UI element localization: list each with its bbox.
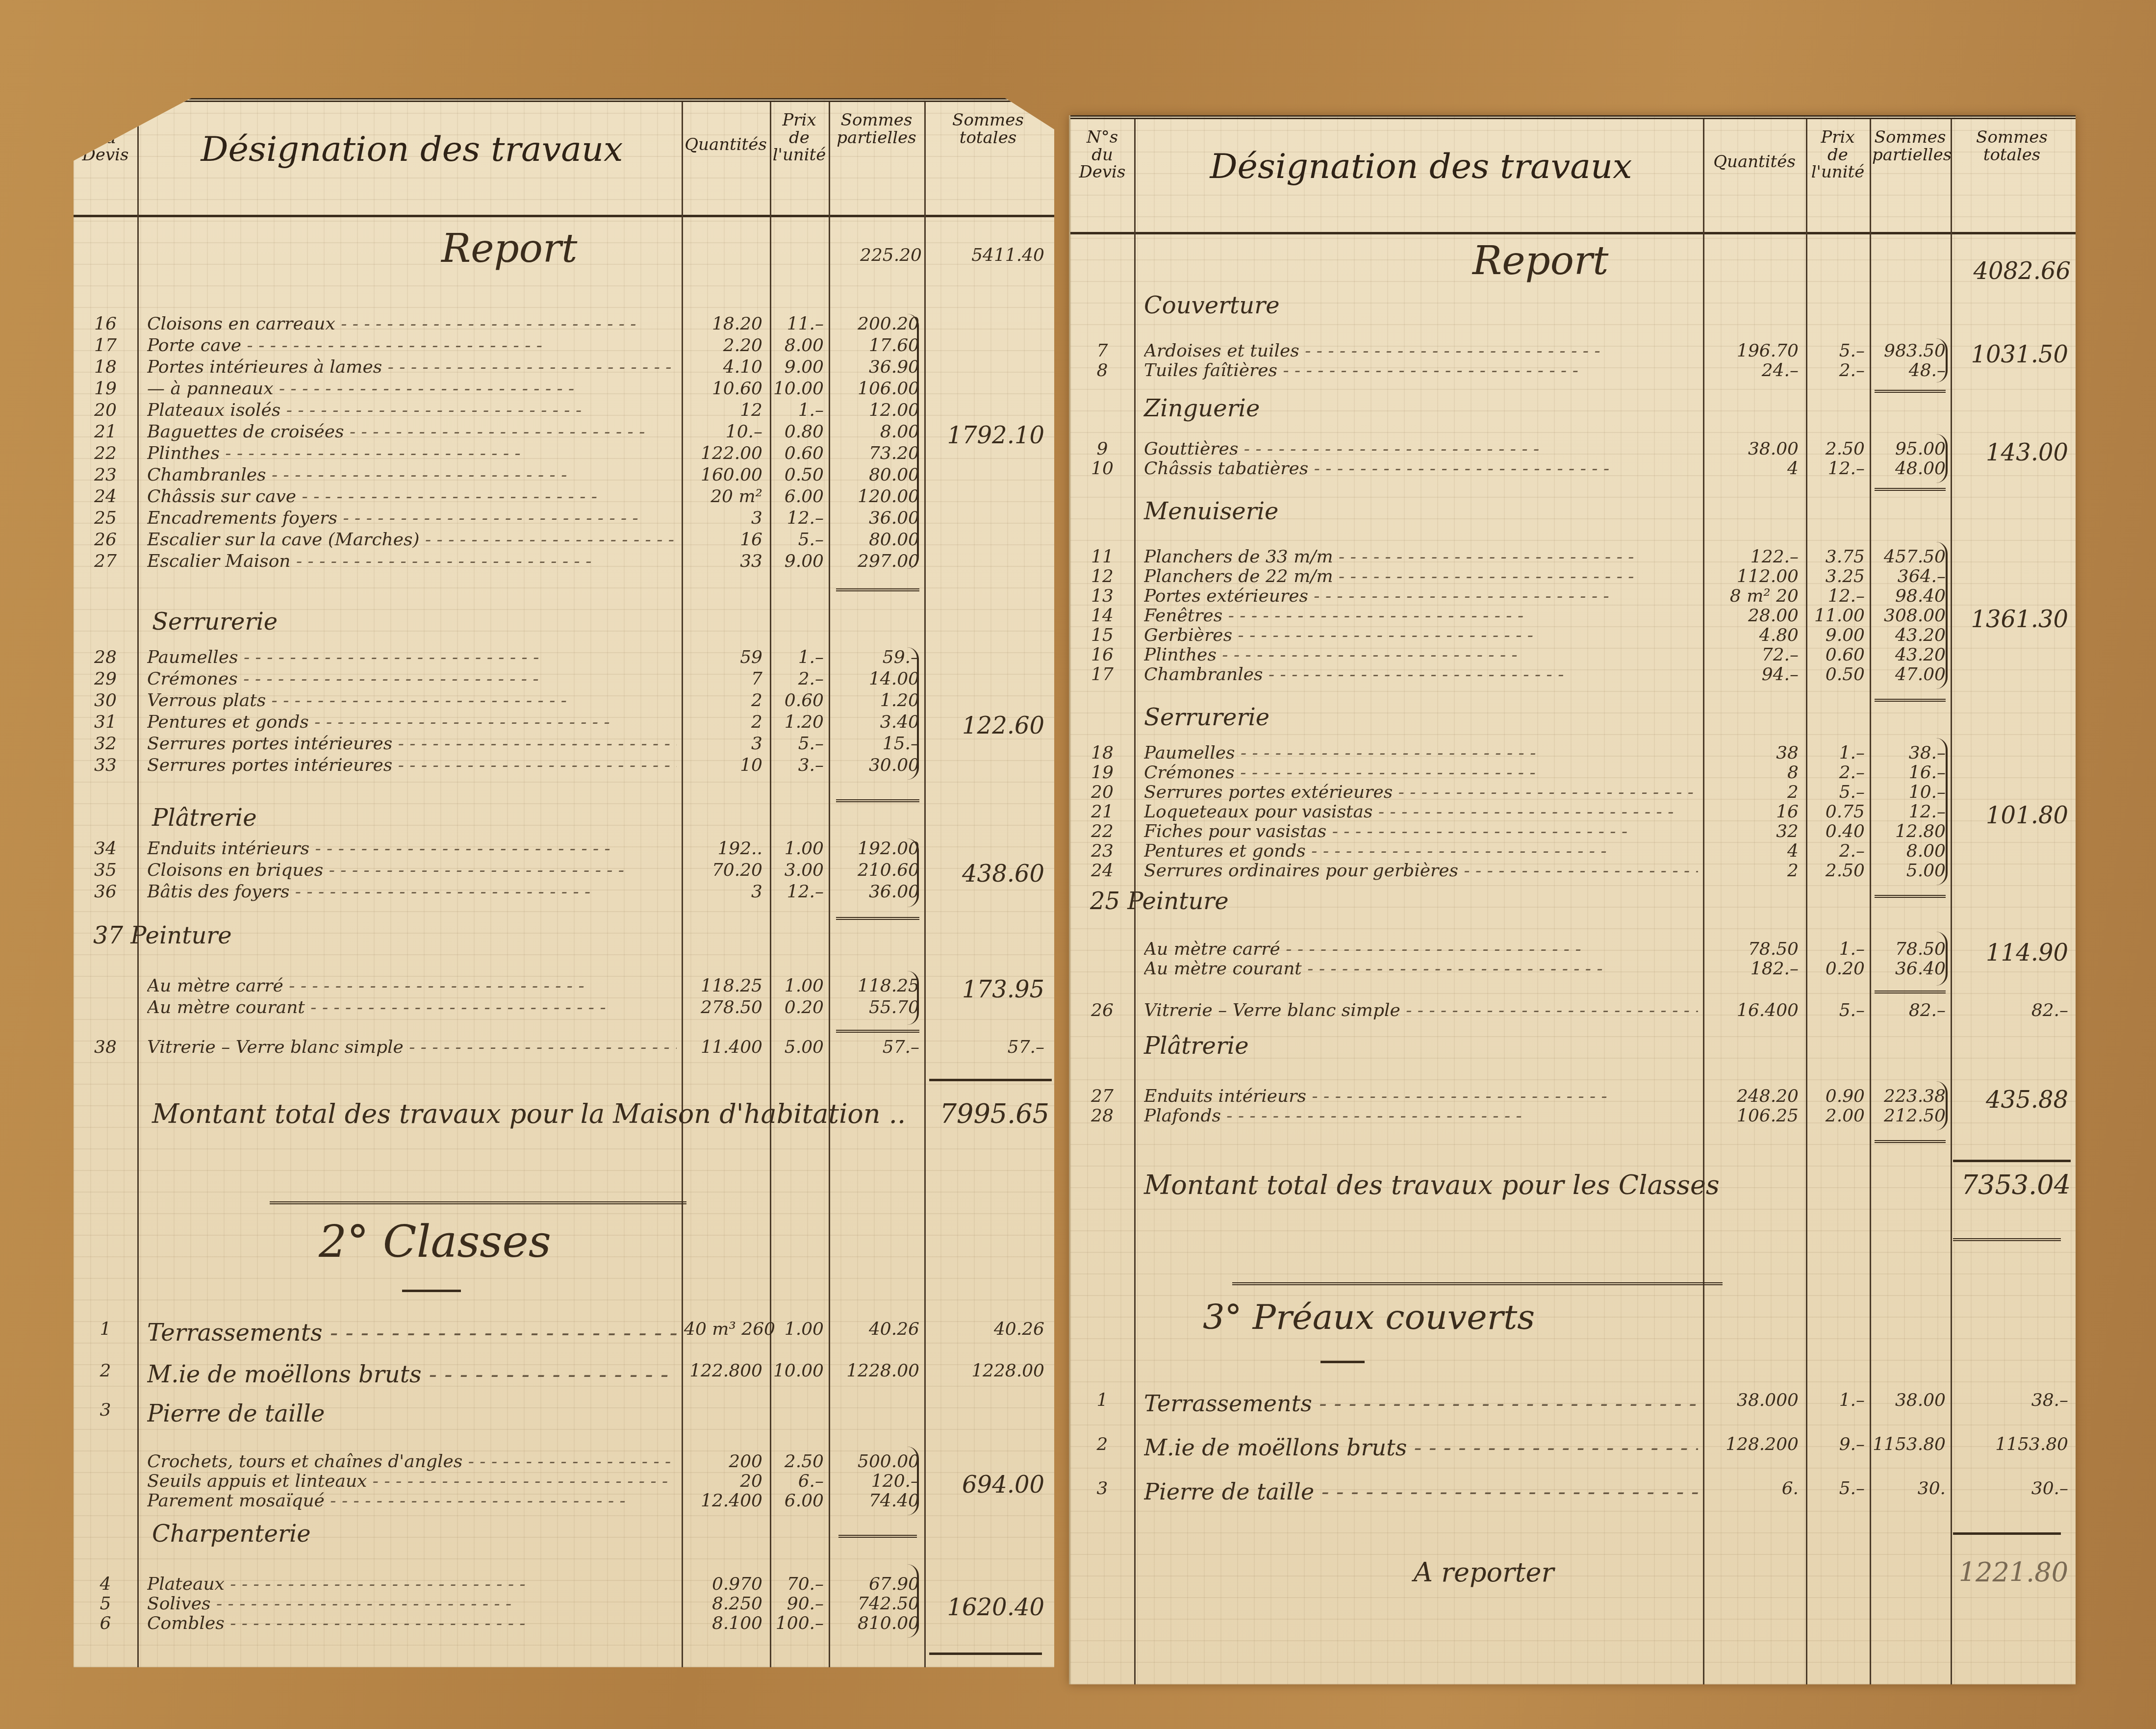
- item-number: 31: [74, 712, 137, 732]
- quantity-cell: 8.100: [684, 1613, 762, 1633]
- section-classes-title: 2° Classes: [319, 1216, 551, 1268]
- unit-price-cell: 1.00: [772, 1319, 824, 1339]
- unit-price-cell: 1.20: [772, 712, 824, 732]
- item-description: Gouttières: [1144, 439, 1698, 459]
- partial-sum-cell: 364.–: [1872, 566, 1946, 586]
- partial-sum-cell: 12.00: [831, 400, 919, 420]
- total-classes-label: Montant total des travaux pour les Class…: [1144, 1170, 1720, 1200]
- item-number: 33: [74, 755, 137, 775]
- partial-sum-cell: 742.50: [831, 1594, 919, 1614]
- item-description: Fiches pour vasistas: [1144, 821, 1698, 841]
- partial-sum-cell: 212.50: [1872, 1106, 1946, 1126]
- partial-sum-cell: 5.00: [1872, 861, 1946, 881]
- quantity-cell: 192..: [684, 839, 762, 859]
- item-description: Au mètre carré: [1144, 939, 1698, 959]
- item-number: 9: [1070, 439, 1134, 459]
- item-description: Gerbières: [1144, 625, 1698, 645]
- quantity-cell: 122.–: [1705, 547, 1799, 567]
- item-description: Fenêtres: [1144, 606, 1698, 626]
- unit-price-cell: 5.–: [1808, 782, 1865, 802]
- quantity-cell: 2: [684, 690, 762, 711]
- quantity-cell: 278.50: [684, 997, 762, 1017]
- item-number: 3: [1070, 1478, 1134, 1499]
- item-description: Tuiles faîtières: [1144, 360, 1698, 381]
- quantity-cell: 4.80: [1705, 625, 1799, 645]
- item-description: Plafonds: [1144, 1106, 1698, 1126]
- partial-sum-cell: 36.40: [1872, 959, 1946, 979]
- unit-price-cell: 0.90: [1808, 1086, 1865, 1106]
- item-description: Crémones: [147, 669, 677, 689]
- partial-sum-cell: 30.: [1872, 1478, 1946, 1499]
- item-description: Pentures et gonds: [147, 712, 677, 732]
- ledger-row: 12 Planchers de 22 m/m 112.00 3.25 364.–: [1070, 566, 2076, 588]
- item-description: Plateaux: [147, 1574, 677, 1594]
- quantity-cell: 3: [684, 882, 762, 902]
- quantity-cell: 11.400: [684, 1037, 762, 1057]
- unit-price-cell: 2.–: [1808, 841, 1865, 861]
- item-description: Planchers de 22 m/m: [1144, 566, 1698, 586]
- unit-price-cell: 6.–: [772, 1471, 824, 1491]
- item-description: Portes intérieures à lames: [147, 357, 677, 377]
- quantity-cell: 3: [684, 508, 762, 528]
- item-description: Escalier Maison: [147, 551, 677, 571]
- item-number: 2: [74, 1361, 137, 1381]
- partial-sum-cell: 80.00: [831, 530, 919, 550]
- item-description: Vitrerie – Verre blanc simple: [1144, 1000, 1698, 1020]
- ledger-row: 14 Fenêtres 28.00 11.00 308.00 1361.30: [1070, 606, 2076, 627]
- item-number: 29: [74, 669, 137, 689]
- partial-sum-cell: 48.00: [1872, 458, 1946, 479]
- quantity-cell: 16: [1705, 802, 1799, 822]
- item-number: 14: [1070, 606, 1134, 626]
- unit-price-cell: 11.00: [1808, 606, 1865, 626]
- header-partielles: Sommes partielles: [831, 112, 922, 147]
- unit-price-cell: 5.–: [1808, 1000, 1865, 1020]
- quantity-cell: 122.800: [684, 1361, 762, 1381]
- quantity-cell: 0.970: [684, 1574, 762, 1594]
- item-description: Baguettes de croisées: [147, 422, 677, 442]
- quantity-cell: 94.–: [1705, 664, 1799, 685]
- unit-price-cell: 3.00: [772, 860, 824, 880]
- partial-sum-cell: 200.20: [831, 314, 919, 334]
- unit-price-cell: 0.80: [772, 422, 824, 442]
- quantity-cell: 16: [684, 530, 762, 550]
- unit-price-cell: 12.–: [1808, 586, 1865, 606]
- item-description: Enduits intérieurs: [147, 839, 677, 859]
- quantity-cell: 16.400: [1705, 1000, 1799, 1020]
- partial-sum-cell: 73.20: [831, 443, 919, 463]
- unit-price-cell: 2.00: [1808, 1106, 1865, 1126]
- item-number: 7: [1070, 341, 1134, 361]
- quantity-cell: 2: [1705, 782, 1799, 802]
- total-sum-cell: 30.–: [1953, 1478, 2068, 1499]
- unit-price-cell: 3.–: [772, 755, 824, 775]
- unit-price-cell: 12.–: [772, 882, 824, 902]
- quantity-cell: 38.00: [1705, 439, 1799, 459]
- ledger-row: 23 Pentures et gonds 4 2.– 8.00: [1070, 841, 2076, 863]
- item-description: Porte cave: [147, 335, 677, 356]
- partial-sum-cell: 36.00: [831, 508, 919, 528]
- ledger-row: 28 Plafonds 106.25 2.00 212.50: [1070, 1106, 2076, 1127]
- quantity-cell: 4: [1705, 841, 1799, 861]
- unit-price-cell: 5.–: [1808, 1478, 1865, 1499]
- item-number: 22: [1070, 821, 1134, 841]
- partial-sum-cell: 223.38: [1872, 1086, 1946, 1106]
- quantity-cell: 40 m³ 260: [684, 1319, 762, 1339]
- ledger-row: 7 Ardoises et tuiles 196.70 5.– 983.50 1…: [1070, 341, 2076, 362]
- header-designation: Désignation des travaux: [147, 131, 677, 168]
- partial-sum-cell: 457.50: [1872, 547, 1946, 567]
- quantity-cell: 128.200: [1705, 1434, 1799, 1454]
- total-sum-cell: 82.–: [1953, 1000, 2068, 1020]
- quantity-cell: 59: [684, 647, 762, 667]
- unit-price-cell: 6.00: [772, 1491, 824, 1511]
- quantity-cell: 33: [684, 551, 762, 571]
- total-sum-cell: 40.26: [927, 1319, 1044, 1339]
- item-number: 15: [1070, 625, 1134, 645]
- partial-sum-cell: 983.50: [1872, 341, 1946, 361]
- quantity-cell: 20: [684, 1471, 762, 1491]
- item-number: 20: [74, 400, 137, 420]
- item-number: 30: [74, 690, 137, 711]
- partial-sum-cell: 80.00: [831, 465, 919, 485]
- item-number: 25: [74, 508, 137, 528]
- total-sum-cell: 1228.00: [927, 1361, 1044, 1381]
- quantity-cell: 7: [684, 669, 762, 689]
- unit-price-cell: 1.–: [772, 647, 824, 667]
- ledger-row: 22 Fiches pour vasistas 32 0.40 12.80: [1070, 821, 2076, 843]
- quantity-cell: 10.–: [684, 422, 762, 442]
- item-number: 3: [74, 1400, 137, 1420]
- a-reporter-value: 4082.66: [929, 1677, 1047, 1708]
- quantity-cell: 200: [684, 1451, 762, 1472]
- unit-price-cell: 0.20: [1808, 959, 1865, 979]
- partial-sum-cell: 15.–: [831, 734, 919, 754]
- a-reporter-label: A reporter: [1414, 1557, 1554, 1588]
- partial-sum-cell: 12.80: [1872, 821, 1946, 841]
- a-reporter-label: A reporter: [417, 1677, 557, 1708]
- partial-sum-cell: 43.20: [1872, 645, 1946, 665]
- ledger-row: 2 M.ie de moëllons bruts 128.200 9.– 115…: [1070, 1434, 2076, 1456]
- partial-sum-cell: 57.–: [831, 1037, 919, 1057]
- item-number: 4: [74, 1574, 137, 1594]
- item-number: 36: [74, 882, 137, 902]
- quantity-cell: 10.60: [684, 379, 762, 399]
- total-maison-value: 7995.65: [929, 1098, 1049, 1129]
- quantity-cell: 3: [684, 734, 762, 754]
- unit-price-cell: 2.–: [1808, 763, 1865, 783]
- total-sum-cell: 1153.80: [1953, 1434, 2068, 1454]
- ledger-row: 16 Plinthes 72.– 0.60 43.20: [1070, 645, 2076, 666]
- quantity-cell: 160.00: [684, 465, 762, 485]
- item-description: Solives: [147, 1594, 677, 1614]
- unit-price-cell: 5.–: [1808, 341, 1865, 361]
- item-description: Au mètre courant: [147, 997, 677, 1017]
- partial-sum-cell: 82.–: [1872, 1000, 1946, 1020]
- quantity-cell: 4: [1705, 458, 1799, 479]
- unit-price-cell: 0.75: [1808, 802, 1865, 822]
- unit-price-cell: 8.00: [772, 335, 824, 356]
- header-designation: Désignation des travaux: [1144, 149, 1698, 185]
- partial-sum-cell: 55.70: [831, 997, 919, 1017]
- item-number: 24: [74, 486, 137, 507]
- header-totales: Sommes totales: [1953, 129, 2071, 164]
- ledger-row: 2 M.ie de moëllons bruts 122.800 10.00 1…: [74, 1361, 1054, 1382]
- unit-price-cell: 1.–: [1808, 939, 1865, 959]
- report-total: 5411.40: [927, 245, 1044, 265]
- item-description: Escalier sur la cave (Marches): [147, 530, 677, 550]
- item-description: Bâtis des foyers: [147, 882, 677, 902]
- quantity-cell: 4.10: [684, 357, 762, 377]
- partial-sum-cell: 308.00: [1872, 606, 1946, 626]
- total-sum-cell: 38.–: [1953, 1390, 2068, 1410]
- item-description: Enduits intérieurs: [1144, 1086, 1698, 1106]
- ledger-row: 8 Tuiles faîtières 24.– 2.– 48.–: [1070, 360, 2076, 382]
- partial-sum-cell: 74.40: [831, 1491, 919, 1511]
- ledger-row: 15 Gerbières 4.80 9.00 43.20: [1070, 625, 2076, 647]
- partial-sum-cell: 12.–: [1872, 802, 1946, 822]
- section-title: Plâtrerie: [1144, 1032, 1249, 1060]
- item-number: 21: [1070, 802, 1134, 822]
- ledger-row: 3 Pierre de taille: [74, 1400, 1054, 1422]
- partial-sum-cell: 40.26: [831, 1319, 919, 1339]
- item-description: Paumelles: [1144, 743, 1698, 763]
- section-title: Zinguerie: [1144, 395, 1260, 422]
- quantity-cell: 70.20: [684, 860, 762, 880]
- item-description: M.ie de moëllons bruts: [147, 1361, 677, 1388]
- item-number: 5: [74, 1594, 137, 1614]
- item-number: 27: [74, 551, 137, 571]
- item-number: 18: [74, 357, 137, 377]
- quantity-cell: 12: [684, 400, 762, 420]
- ledger-row: 9 Gouttières 38.00 2.50 95.00 143.00: [1070, 439, 2076, 460]
- quantity-cell: 8.250: [684, 1594, 762, 1614]
- unit-price-cell: 9.00: [772, 357, 824, 377]
- item-number: 16: [1070, 645, 1134, 665]
- item-number: 17: [1070, 664, 1134, 685]
- partial-sum-cell: 59.–: [831, 647, 919, 667]
- item-description: Crémones: [1144, 763, 1698, 783]
- partial-sum-cell: 118.25: [831, 976, 919, 996]
- item-number: 23: [1070, 841, 1134, 861]
- item-number: 11: [1070, 547, 1134, 567]
- report-total: 4082.66: [1953, 257, 2071, 285]
- unit-price-cell: 6.00: [772, 486, 824, 507]
- quantity-cell: 112.00: [1705, 566, 1799, 586]
- item-number: 34: [74, 839, 137, 859]
- quantity-cell: 118.25: [684, 976, 762, 996]
- item-number: 18: [1070, 743, 1134, 763]
- unit-price-cell: 90.–: [772, 1594, 824, 1614]
- item-number: 28: [1070, 1106, 1134, 1126]
- item-number: 20: [1070, 782, 1134, 802]
- unit-price-cell: 5.–: [772, 530, 824, 550]
- partial-sum-cell: 1153.80: [1872, 1434, 1946, 1454]
- item-description: Pierre de taille: [1144, 1478, 1698, 1505]
- item-description: Paumelles: [147, 647, 677, 667]
- partial-sum-cell: 16.–: [1872, 763, 1946, 783]
- unit-price-cell: 10.00: [772, 379, 824, 399]
- unit-price-cell: 0.60: [1808, 645, 1865, 665]
- partial-sum-cell: 30.00: [831, 755, 919, 775]
- item-description: Au mètre courant: [1144, 959, 1698, 979]
- unit-price-cell: 0.50: [1808, 664, 1865, 685]
- partial-sum-cell: 38.00: [1872, 1390, 1946, 1410]
- unit-price-cell: 11.–: [772, 314, 824, 334]
- item-description: Vitrerie – Verre blanc simple: [147, 1037, 677, 1057]
- partial-sum-cell: 38.–: [1872, 743, 1946, 763]
- partial-sum-cell: 8.00: [831, 422, 919, 442]
- unit-price-cell: 0.60: [772, 690, 824, 711]
- item-description: Serrures portes extérieures: [1144, 782, 1698, 802]
- item-number: 23: [74, 465, 137, 485]
- unit-price-cell: 2.50: [1808, 439, 1865, 459]
- item-description: Cloisons en briques: [147, 860, 677, 880]
- partial-sum-cell: 3.40: [831, 712, 919, 732]
- item-description: Plinthes: [1144, 645, 1698, 665]
- item-description: Planchers de 33 m/m: [1144, 547, 1698, 567]
- quantity-cell: 78.50: [1705, 939, 1799, 959]
- partial-sum-cell: 36.00: [831, 882, 919, 902]
- item-description: Seuils appuis et linteaux: [147, 1471, 677, 1491]
- unit-price-cell: 0.50: [772, 465, 824, 485]
- section-title: Menuiserie: [1144, 498, 1278, 525]
- item-number: 26: [74, 530, 137, 550]
- item-number: 38: [74, 1037, 137, 1057]
- ledger-row: 27 Enduits intérieurs 248.20 0.90 223.38…: [1070, 1086, 2076, 1108]
- item-description: Au mètre carré: [147, 976, 677, 996]
- ledger-row: 21 Loqueteaux pour vasistas 16 0.75 12.–…: [1070, 802, 2076, 823]
- partial-sum-cell: 297.00: [831, 551, 919, 571]
- partial-sum-cell: 106.00: [831, 379, 919, 399]
- partial-sum-cell: 210.60: [831, 860, 919, 880]
- item-number: 10: [1070, 458, 1134, 479]
- partial-sum-cell: 500.00: [831, 1451, 919, 1472]
- item-number: 28: [74, 647, 137, 667]
- column-header: N°s du Devis Désignation des travaux Qua…: [1070, 115, 2076, 234]
- item-description: Encadrements foyers: [147, 508, 677, 528]
- item-number: 21: [74, 422, 137, 442]
- item-description: Terrassements: [1144, 1390, 1698, 1417]
- unit-price-cell: 0.60: [772, 443, 824, 463]
- header-totales: Sommes totales: [927, 112, 1049, 147]
- unit-price-cell: 1.00: [772, 976, 824, 996]
- unit-price-cell: 12.–: [1808, 458, 1865, 479]
- item-description: Châssis sur cave: [147, 486, 677, 507]
- item-number: 12: [1070, 566, 1134, 586]
- unit-price-cell: 9.–: [1808, 1434, 1865, 1454]
- partial-sum-cell: 1.20: [831, 690, 919, 711]
- item-description: Chambranles: [147, 465, 677, 485]
- quantity-cell: 72.–: [1705, 645, 1799, 665]
- partial-sum-cell: 1228.00: [831, 1361, 919, 1381]
- quantity-cell: 18.20: [684, 314, 762, 334]
- item-description: Plateaux isolés: [147, 400, 677, 420]
- unit-price-cell: 3.75: [1808, 547, 1865, 567]
- partial-sum-cell: 98.40: [1872, 586, 1946, 606]
- item-description: Ardoises et tuiles: [1144, 341, 1698, 361]
- quantity-cell: 28.00: [1705, 606, 1799, 626]
- partial-sum-cell: 120.–: [831, 1471, 919, 1491]
- unit-price-cell: 5.–: [772, 734, 824, 754]
- section-title: Couverture: [1144, 292, 1280, 319]
- item-description: Serrures portes intérieures: [147, 755, 677, 775]
- total-classes-value: 7353.04: [1953, 1170, 2071, 1200]
- unit-price-cell: 9.00: [772, 551, 824, 571]
- item-description: Loqueteaux pour vasistas: [1144, 802, 1698, 822]
- ledger-row: 26 Vitrerie – Verre blanc simple 16.400 …: [1070, 1000, 2076, 1022]
- ledger-row: 11 Planchers de 33 m/m 122.– 3.75 457.50: [1070, 547, 2076, 568]
- partial-sum-cell: 8.00: [1872, 841, 1946, 861]
- ledger-row: 3 Pierre de taille 6. 5.– 30. 30.–: [1070, 1478, 2076, 1500]
- header-no: N°s du Devis: [78, 112, 132, 164]
- section-title: Charpenterie: [152, 1520, 311, 1548]
- quantity-cell: 20 m²: [684, 486, 762, 507]
- ledger-left-page: N°s du Devis Désignation des travaux Qua…: [74, 98, 1054, 1667]
- ledger-row: 18 Paumelles 38 1.– 38.–: [1070, 743, 2076, 764]
- item-number: 35: [74, 860, 137, 880]
- header-prix: Prix de l'unité: [772, 112, 826, 164]
- item-number: 19: [1070, 763, 1134, 783]
- quantity-cell: 12.400: [684, 1491, 762, 1511]
- partial-sum-cell: 810.00: [831, 1613, 919, 1633]
- partial-sum-cell: 48.–: [1872, 360, 1946, 381]
- partial-sum-cell: 78.50: [1872, 939, 1946, 959]
- item-description: Crochets, tours et chaînes d'angles: [147, 1451, 677, 1472]
- section-title: Plâtrerie: [152, 804, 257, 832]
- partial-sum-cell: 43.20: [1872, 625, 1946, 645]
- item-description: Châssis tabatières: [1144, 458, 1698, 479]
- quantity-cell: 10: [684, 755, 762, 775]
- total-sum-cell: 57.–: [927, 1037, 1044, 1057]
- ledger-row: 20 Serrures portes extérieures 2 5.– 10.…: [1070, 782, 2076, 804]
- unit-price-cell: 9.00: [1808, 625, 1865, 645]
- partial-sum-cell: 17.60: [831, 335, 919, 356]
- quantity-cell: 8 m² 20: [1705, 586, 1799, 606]
- item-number: 17: [74, 335, 137, 356]
- header-quantites: Quantités: [1705, 153, 1803, 171]
- quantity-cell: 182.–: [1705, 959, 1799, 979]
- unit-price-cell: 1.–: [1808, 1390, 1865, 1410]
- item-description: Parement mosaïqué: [147, 1491, 677, 1511]
- unit-price-cell: 2.50: [772, 1451, 824, 1472]
- item-description: Verrous plats: [147, 690, 677, 711]
- unit-price-cell: 100.–: [772, 1613, 824, 1633]
- quantity-cell: 2.20: [684, 335, 762, 356]
- section-title: Serrurerie: [152, 608, 278, 636]
- item-number: 13: [1070, 586, 1134, 606]
- quantity-cell: 38.000: [1705, 1390, 1799, 1410]
- quantity-cell: 2: [684, 712, 762, 732]
- header-prix: Prix de l'unité: [1808, 129, 1867, 181]
- section-title: 25 Peinture: [1090, 888, 1229, 915]
- section-title: 37 Peinture: [93, 922, 232, 949]
- item-description: Pierre de taille: [147, 1400, 677, 1427]
- ledger-row: 10 Châssis tabatières 4 12.– 48.00: [1070, 458, 2076, 480]
- partial-sum-cell: 95.00: [1872, 439, 1946, 459]
- partial-sum-cell: 47.00: [1872, 664, 1946, 685]
- header-partielles: Sommes partielles: [1872, 129, 1948, 164]
- item-description: Portes extérieures: [1144, 586, 1698, 606]
- unit-price-cell: 2.50: [1808, 861, 1865, 881]
- unit-price-cell: 10.00: [772, 1361, 824, 1381]
- item-number: 24: [1070, 861, 1134, 881]
- item-number: 16: [74, 314, 137, 334]
- item-description: Combles: [147, 1613, 677, 1633]
- ledger-row: 24 Serrures ordinaires pour gerbières 2 …: [1070, 861, 2076, 882]
- quantity-cell: 248.20: [1705, 1086, 1799, 1106]
- unit-price-cell: 12.–: [772, 508, 824, 528]
